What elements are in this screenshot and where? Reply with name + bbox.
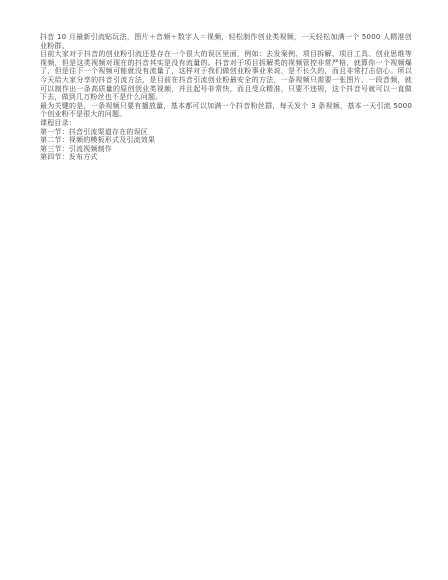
key-point-paragraph: 最为关键的是，一条视频只要有播放量，基本都可以加满一个抖音粉丝群，每天发个 3 … (40, 102, 412, 119)
course-catalog-heading: 课程目录： (40, 119, 412, 128)
course-section-2: 第二节：视频的模板形式及引流效果 (40, 136, 412, 145)
intro-paragraph: 抖音 10 月最新引流贴玩法，图片＋音频＋数字人＝视频，轻松制作创业类视频，一天… (40, 33, 412, 50)
document-page: 抖音 10 月最新引流贴玩法，图片＋音频＋数字人＝视频，轻松制作创业类视频，一天… (0, 0, 448, 580)
text-block: 抖音 10 月最新引流贴玩法，图片＋音频＋数字人＝视频，轻松制作创业类视频，一天… (40, 33, 412, 162)
course-section-4: 第四节：发布方式 (40, 153, 412, 162)
course-section-1: 第一节：抖音引流渠道存在的误区 (40, 128, 412, 137)
body-paragraph: 目前大家对于抖音的创业粉引流还是存在一个很大的误区里面，例如：去发案例、项目拆解… (40, 50, 412, 102)
